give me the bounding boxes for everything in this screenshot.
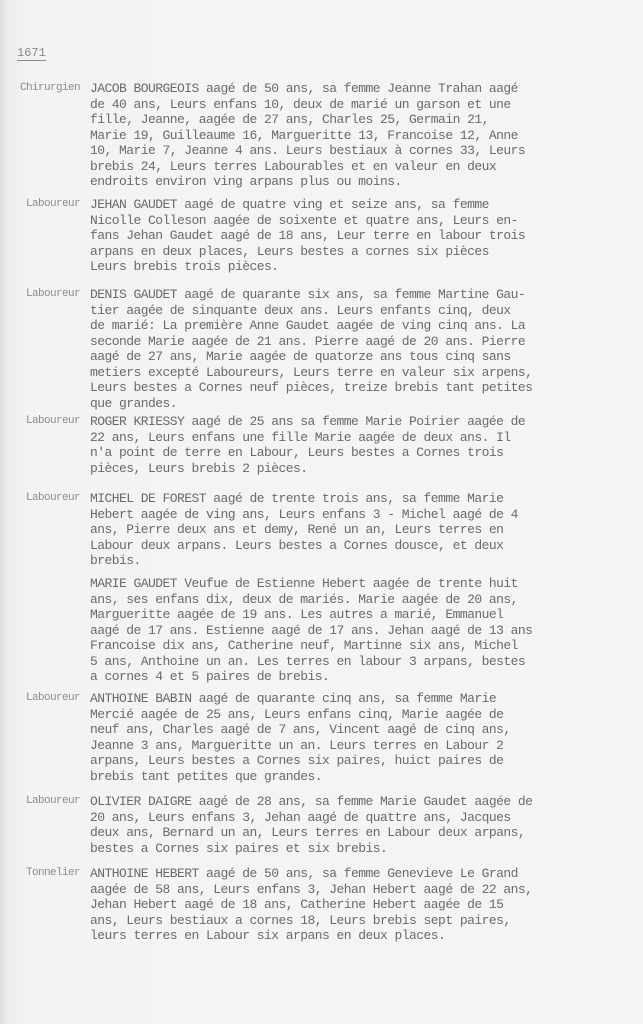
occupation-label: Tonnelier [2, 867, 80, 879]
occupation-label: Laboureur [2, 415, 80, 427]
year-heading: 1671 [17, 47, 46, 61]
entry-text: ROGER KRIESSY aagé de 25 ans sa femme Ma… [90, 414, 630, 476]
entry-text: MICHEL DE FOREST aagé de trente trois an… [90, 491, 630, 569]
entry-text: OLIVIER DAIGRE aagé de 28 ans, sa femme … [90, 794, 630, 856]
document-page: 1671 Chirurgien JACOB BOURGEOIS aagé de … [0, 0, 643, 1024]
entry-text: DENIS GAUDET aagé de quarante six ans, s… [90, 287, 630, 411]
occupation-label: Laboureur [2, 492, 80, 504]
occupation-label: Laboureur [2, 692, 80, 704]
occupation-label: Laboureur [2, 288, 80, 300]
entry-text: JEHAN GAUDET aagé de quatre ving et seiz… [90, 197, 630, 275]
occupation-label: Chirurgien [2, 82, 80, 94]
entry-text: JACOB BOURGEOIS aagé de 50 ans, sa femme… [90, 81, 630, 190]
entry-text: ANTHOINE HEBERT aagé de 50 ans, sa femme… [90, 866, 630, 944]
entry-text: MARIE GAUDET Veufue de Estienne Hebert a… [90, 576, 630, 685]
occupation-label: Laboureur [2, 198, 80, 210]
entry-text: ANTHOINE BABIN aagé de quarante cinq ans… [90, 691, 630, 784]
occupation-label: Laboureur [2, 795, 80, 807]
